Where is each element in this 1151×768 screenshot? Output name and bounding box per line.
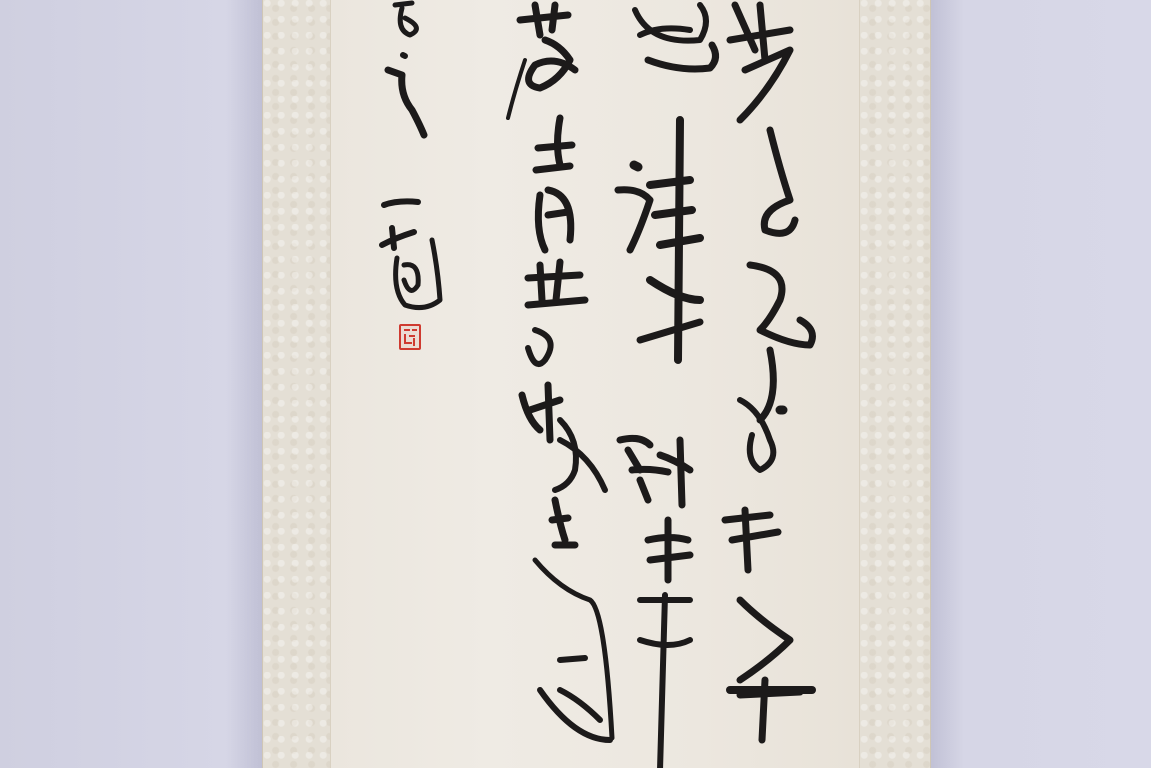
red-seal-stamp xyxy=(399,324,421,350)
text-column-right xyxy=(725,5,812,740)
text-column-middle xyxy=(618,5,716,768)
signature-column xyxy=(382,3,440,308)
text-column-left xyxy=(508,5,612,740)
calligraphy-ink xyxy=(0,0,1151,768)
